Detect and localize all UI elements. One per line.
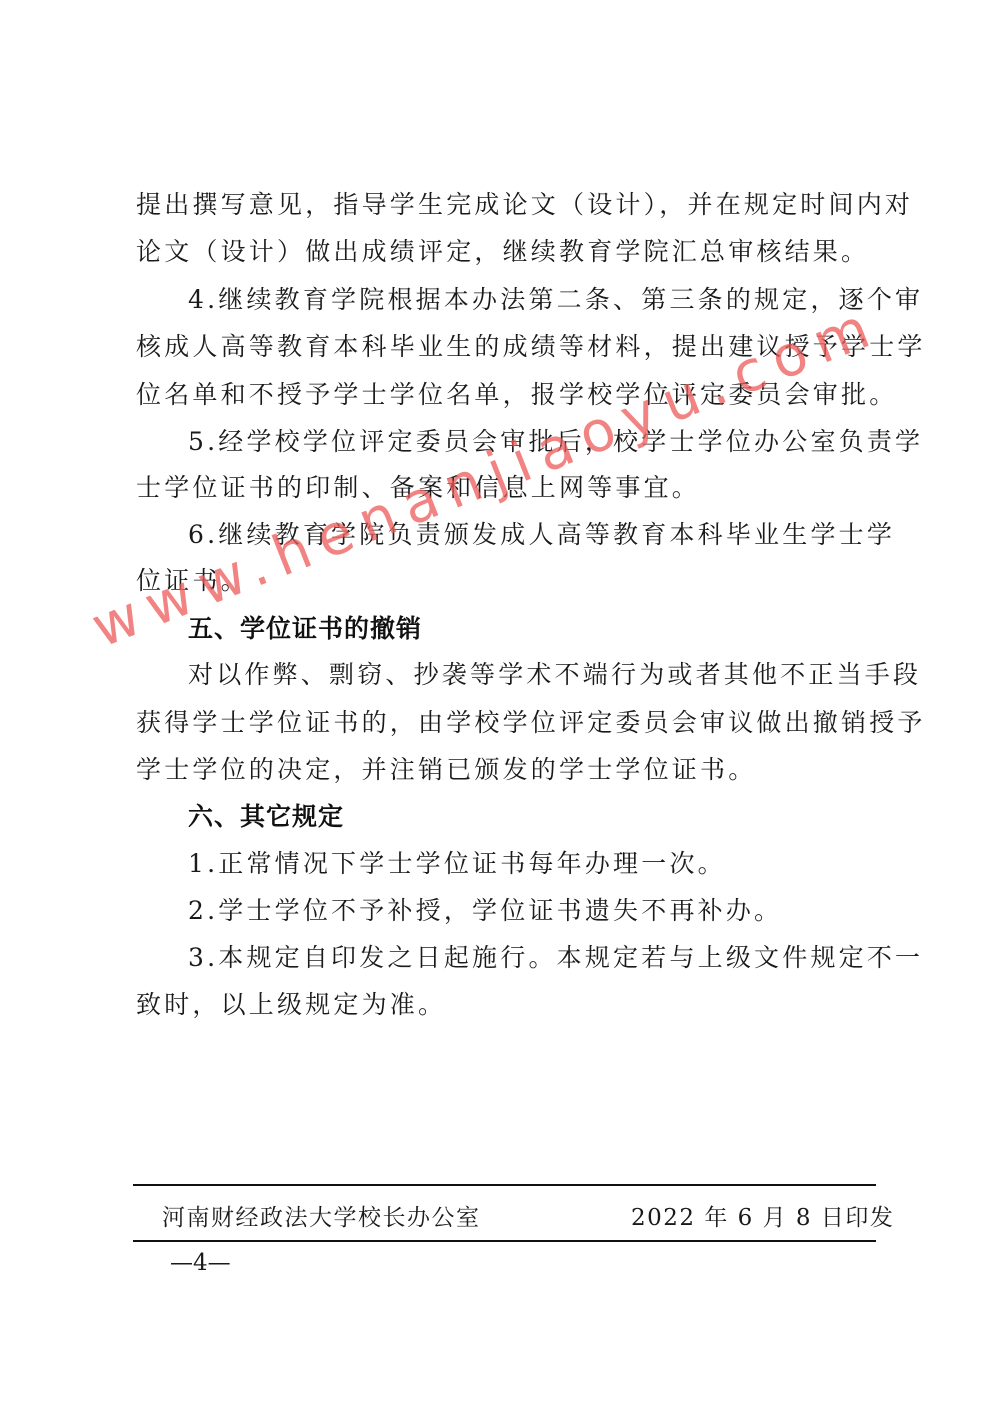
paragraph-line: 位证书。 — [136, 566, 876, 596]
paragraph-line: 位名单和不授予学士学位名单，报学校学位评定委员会审批。 — [136, 380, 876, 410]
paragraph-line: 论文（设计）做出成绩评定，继续教育学院汇总审核结果。 — [136, 237, 876, 267]
paragraph-line: 学士学位的决定，并注销已颁发的学士学位证书。 — [136, 755, 876, 785]
paragraph-line: 5.经学校学位评定委员会审批后，校学士学位办公室负责学 — [188, 427, 876, 457]
paragraph-line: 1.正常情况下学士学位证书每年办理一次。 — [188, 849, 876, 879]
paragraph-line: 提出撰写意见，指导学生完成论文（设计），并在规定时间内对 — [136, 190, 876, 220]
footer-top-rule — [133, 1184, 876, 1186]
footer-bottom-rule — [133, 1240, 876, 1242]
document-page: 提出撰写意见，指导学生完成论文（设计），并在规定时间内对 论文（设计）做出成绩评… — [0, 0, 1000, 1414]
paragraph-line: 2.学士学位不予补授，学位证书遗失不再补办。 — [188, 896, 876, 926]
footer-date: 2022 年 6 月 8 日印发 — [631, 1199, 894, 1232]
section-heading: 六、其它规定 — [188, 802, 928, 832]
paragraph-line: 核成人高等教育本科毕业生的成绩等材料，提出建议授予学士学 — [136, 332, 876, 362]
page-number: —4— — [170, 1250, 231, 1276]
paragraph-line: 3.本规定自印发之日起施行。本规定若与上级文件规定不一 — [188, 943, 876, 973]
paragraph-line: 致时，以上级规定为准。 — [136, 990, 876, 1020]
section-heading: 五、学位证书的撤销 — [188, 614, 928, 644]
paragraph-line: 对以作弊、剽窃、抄袭等学术不端行为或者其他不正当手段 — [188, 660, 876, 690]
paragraph-line: 6.继续教育学院负责颁发成人高等教育本科毕业生学士学 — [188, 520, 876, 550]
paragraph-line: 4.继续教育学院根据本办法第二条、第三条的规定，逐个审 — [188, 285, 876, 315]
paragraph-line: 士学位证书的印制、备案和信息上网等事宜。 — [136, 473, 876, 503]
footer-issuer: 河南财经政法大学校长办公室 — [162, 1199, 481, 1232]
paragraph-line: 获得学士学位证书的，由学校学位评定委员会审议做出撤销授予 — [136, 708, 876, 738]
